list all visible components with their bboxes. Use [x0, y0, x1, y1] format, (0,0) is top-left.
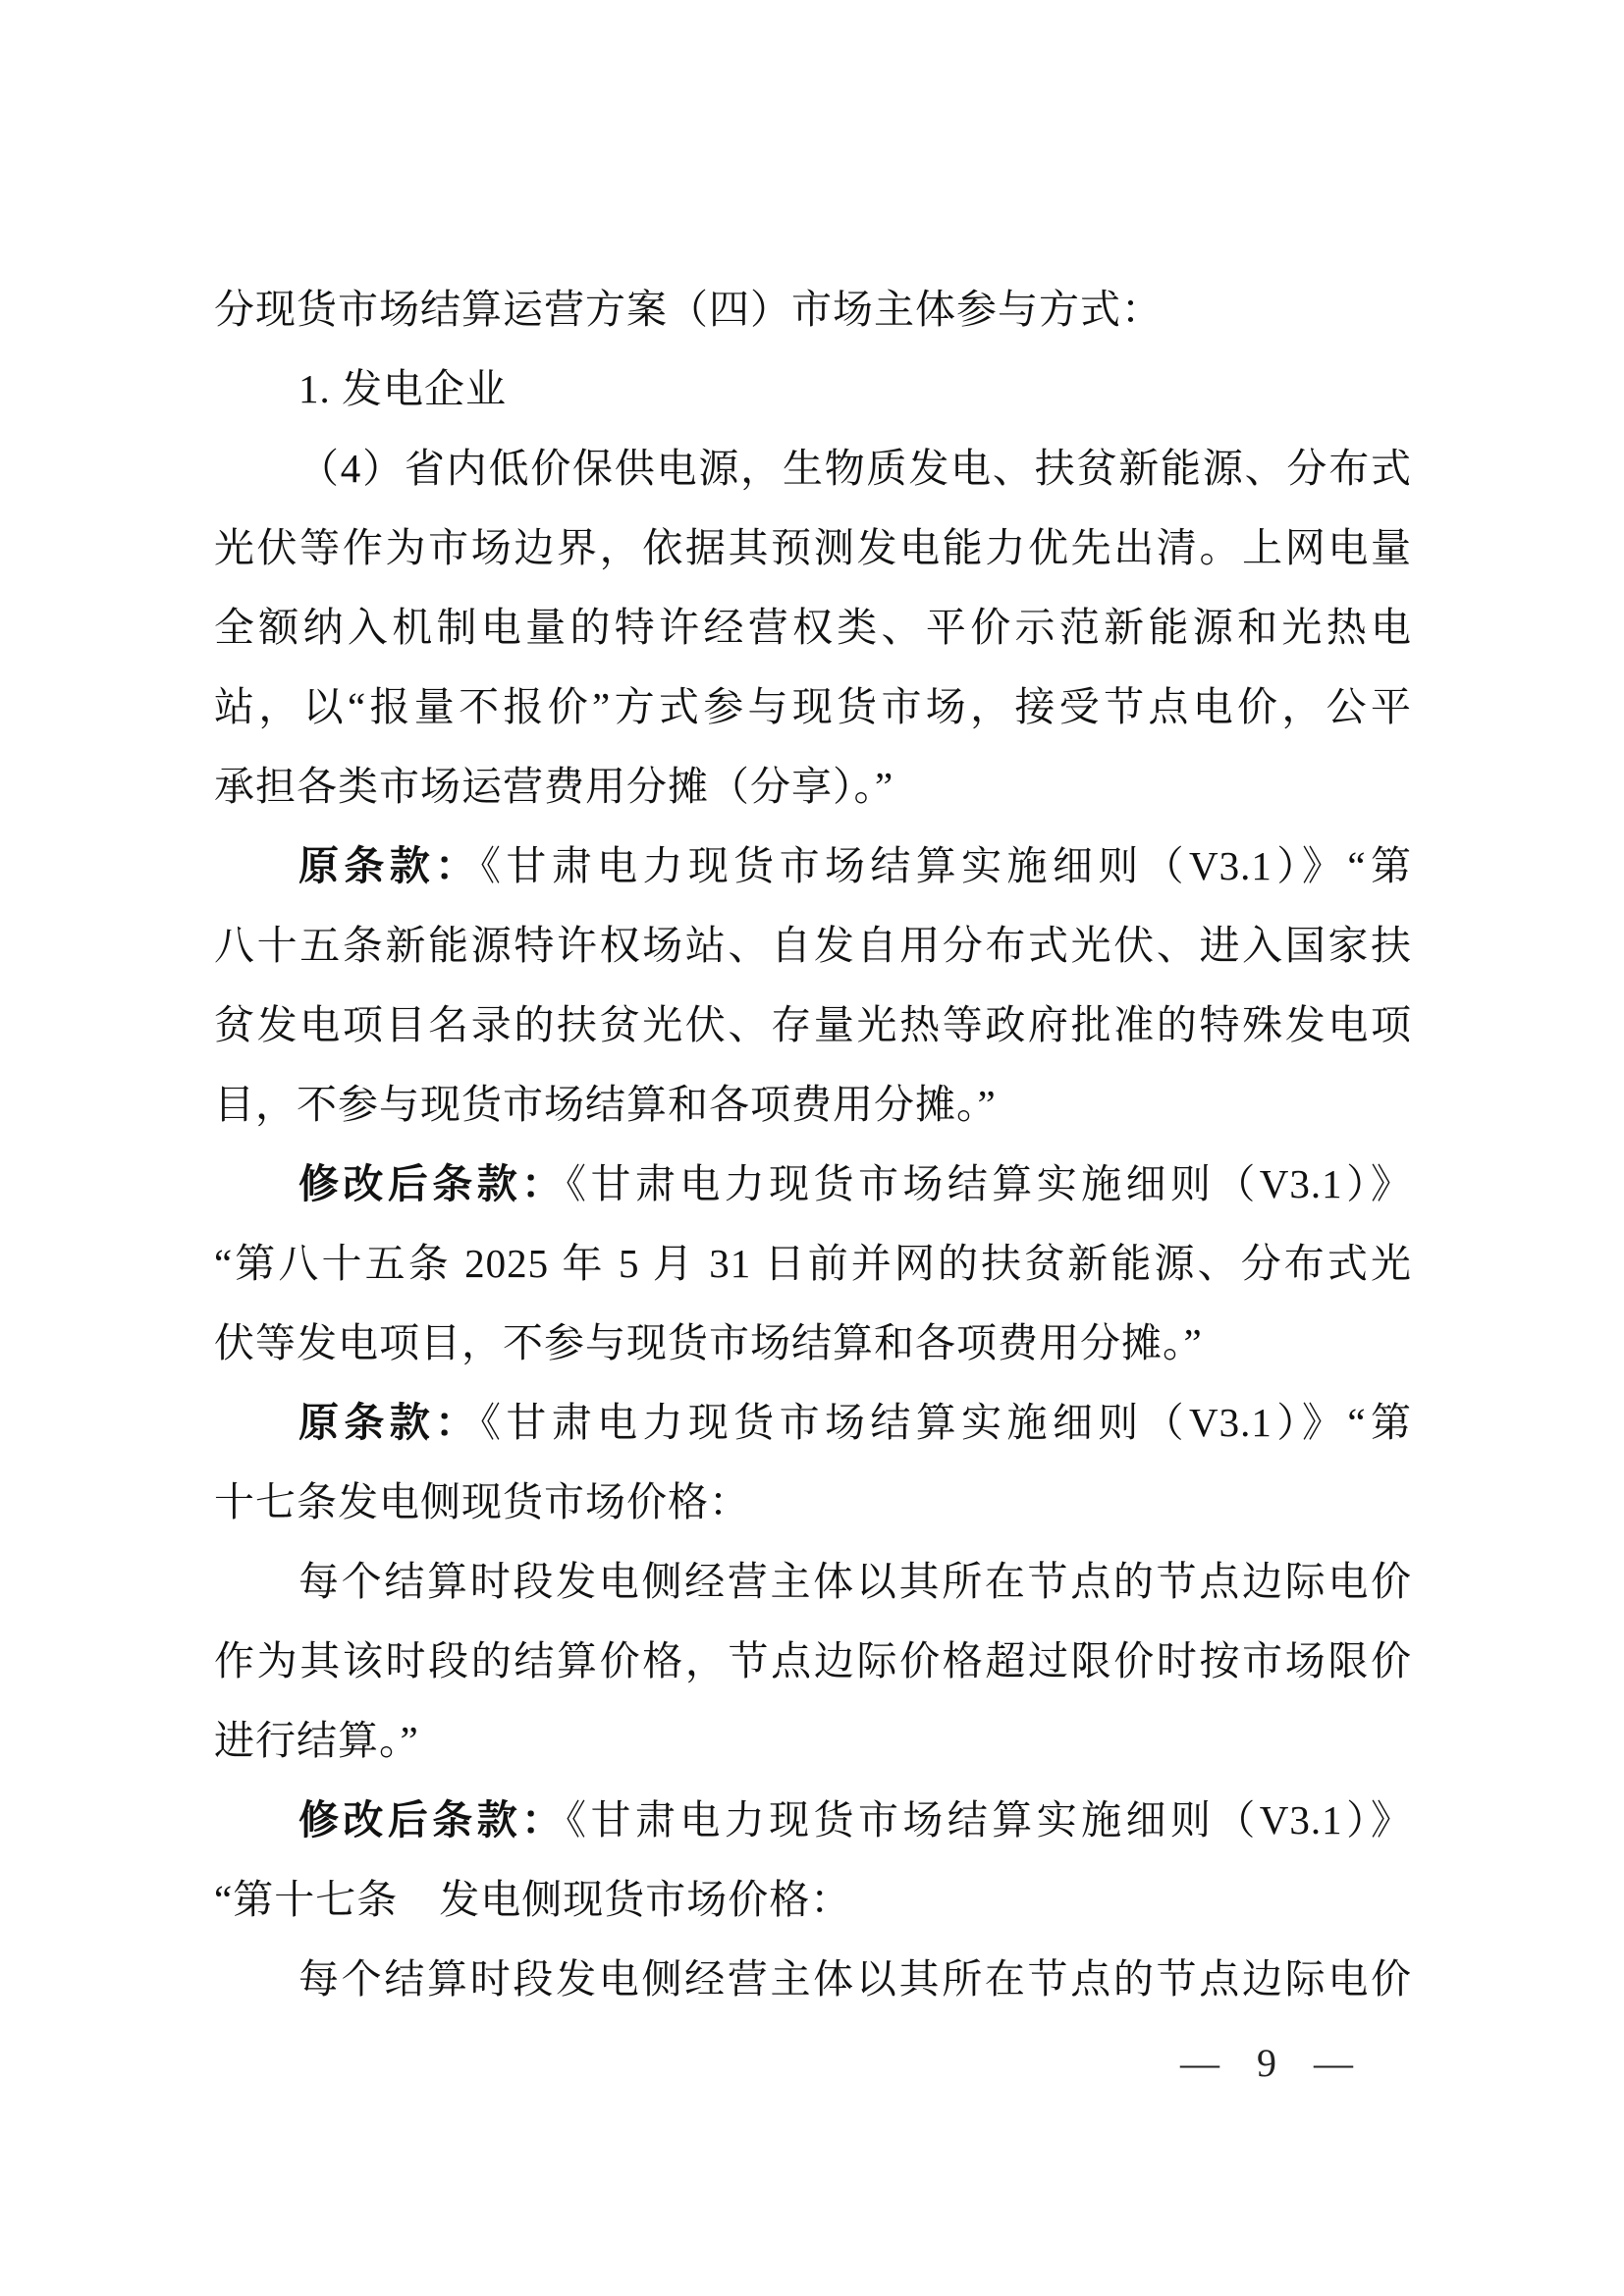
text-segment: 目，不参与现货市场结算和各项费用分摊。” — [214, 1082, 997, 1127]
text-segment: 伏等发电项目，不参与现货市场结算和各项费用分摊。” — [214, 1320, 1203, 1365]
text-segment: 《甘肃电力现货市场结算实施细则（V3.1）》“第 — [481, 1400, 1413, 1445]
text-segment: 站，以“报量不报价”方式参与现货市场，接受节点电价，公平 — [214, 684, 1412, 729]
text-line: “第八十五条 2025 年 5 月 31 日前并网的扶贫新能源、分布式光 — [214, 1224, 1412, 1304]
text-segment: 分现货市场结算运营方案（四）市场主体参与方式： — [214, 287, 1163, 332]
text-line: 光伏等作为市场边界，依据其预测发电能力优先出清。上网电量 — [214, 508, 1412, 588]
text-line: 每个结算时段发电侧经营主体以其所在节点的节点边际电价 — [214, 1940, 1412, 2019]
text-line: 目，不参与现货市场结算和各项费用分摊。” — [214, 1065, 1412, 1145]
text-line: 进行结算。” — [214, 1701, 1412, 1781]
text-line: 承担各类市场运营费用分摊（分享）。” — [214, 747, 1412, 827]
text-segment: 进行结算。” — [214, 1718, 419, 1763]
text-segment: 光伏等作为市场边界，依据其预测发电能力优先出清。上网电量 — [214, 525, 1412, 570]
text-segment: 《甘肃电力现货市场结算实施细则（V3.1）》 — [567, 1161, 1412, 1206]
text-line: 伏等发电项目，不参与现货市场结算和各项费用分摊。” — [214, 1304, 1412, 1383]
text-segment: 全额纳入机制电量的特许经营权类、平价示范新能源和光热电 — [214, 605, 1412, 650]
text-line: 修改后条款：《甘肃电力现货市场结算实施细则（V3.1）》 — [214, 1145, 1412, 1224]
text-segment: （4）省内低价保供电源，生物质发电、扶贫新能源、分布式 — [298, 446, 1412, 491]
text-line: 站，以“报量不报价”方式参与现货市场，接受节点电价，公平 — [214, 667, 1412, 747]
text-segment: 承担各类市场运营费用分摊（分享）。” — [214, 764, 893, 809]
clause-label: 原条款： — [298, 1400, 481, 1445]
text-line: 分现货市场结算运营方案（四）市场主体参与方式： — [214, 270, 1412, 349]
text-line: 原条款：《甘肃电力现货市场结算实施细则（V3.1）》“第 — [214, 827, 1412, 906]
text-line: 每个结算时段发电侧经营主体以其所在节点的节点边际电价 — [214, 1542, 1412, 1622]
text-segment: 八十五条新能源特许权场站、自发自用分布式光伏、进入国家扶 — [214, 923, 1412, 968]
page-number: — 9 — — [0, 2040, 1367, 2086]
text-segment: 《甘肃电力现货市场结算实施细则（V3.1）》“第 — [481, 843, 1413, 888]
text-line: （4）省内低价保供电源，生物质发电、扶贫新能源、分布式 — [214, 429, 1412, 508]
text-line: 原条款：《甘肃电力现货市场结算实施细则（V3.1）》“第 — [214, 1383, 1412, 1463]
text-line: 贫发电项目名录的扶贫光伏、存量光热等政府批准的特殊发电项 — [214, 986, 1412, 1065]
text-segment: 每个结算时段发电侧经营主体以其所在节点的节点边际电价 — [298, 1559, 1412, 1604]
clause-label: 原条款： — [298, 843, 481, 888]
text-segment: 贫发电项目名录的扶贫光伏、存量光热等政府批准的特殊发电项 — [214, 1002, 1412, 1047]
text-line: 十七条发电侧现货市场价格： — [214, 1463, 1412, 1542]
text-line: 作为其该时段的结算价格，节点边际价格超过限价时按市场限价 — [214, 1622, 1412, 1701]
document-page: 分现货市场结算运营方案（四）市场主体参与方式：1. 发电企业（4）省内低价保供电… — [0, 0, 1624, 2296]
text-line: 1. 发电企业 — [214, 349, 1412, 429]
text-segment: “第八十五条 2025 年 5 月 31 日前并网的扶贫新能源、分布式光 — [214, 1241, 1412, 1286]
text-line: 八十五条新能源特许权场站、自发自用分布式光伏、进入国家扶 — [214, 906, 1412, 986]
text-line: 修改后条款：《甘肃电力现货市场结算实施细则（V3.1）》 — [214, 1781, 1412, 1860]
text-line: 全额纳入机制电量的特许经营权类、平价示范新能源和光热电 — [214, 588, 1412, 667]
text-segment: 十七条发电侧现货市场价格： — [214, 1479, 750, 1524]
text-segment: 《甘肃电力现货市场结算实施细则（V3.1）》 — [567, 1797, 1412, 1842]
text-segment: 每个结算时段发电侧经营主体以其所在节点的节点边际电价 — [298, 1956, 1412, 2002]
clause-label: 修改后条款： — [298, 1161, 567, 1206]
text-segment: 作为其该时段的结算价格，节点边际价格超过限价时按市场限价 — [214, 1638, 1412, 1683]
text-segment: 1. 发电企业 — [298, 366, 507, 411]
clause-label: 修改后条款： — [298, 1797, 567, 1842]
text-segment: “第十七条 发电侧现货市场价格： — [214, 1877, 851, 1922]
text-line: “第十七条 发电侧现货市场价格： — [214, 1860, 1412, 1940]
document-body: 分现货市场结算运营方案（四）市场主体参与方式：1. 发电企业（4）省内低价保供电… — [214, 270, 1412, 2019]
